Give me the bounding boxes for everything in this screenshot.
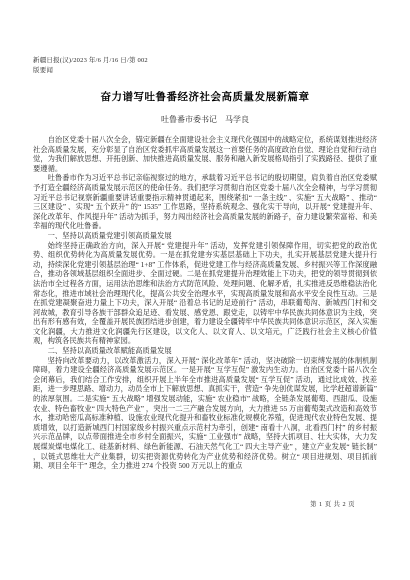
page-number-indicator: 第 1 页 共 2 页 xyxy=(310,499,355,508)
document-page: 新疆日报(汉)/2023 年/6 月/16 日/第 002 版要闻 奋力谱写吐鲁… xyxy=(0,0,410,580)
article-paragraph: 吐鲁番市作为习近平总书记亲临视察过的地方，承载着习近平总书记的殷切期望，肩负着自… xyxy=(33,173,377,231)
section-heading-1: 一、坚持以高质量党建引领高质量发展 xyxy=(33,231,377,241)
newspaper-meta: 新疆日报(汉)/2023 年/6 月/16 日/第 002 版要闻 xyxy=(33,56,377,76)
article-paragraph: 始终坚持正确政治方向，深入开展“ 党建提升年” 活动，发挥党建引领保障作用，切实… xyxy=(33,241,377,347)
article-paragraph: 自治区党委十届八次全会，锚定新疆在全面建设社会主义现代化强国中的战略定位，系统谋… xyxy=(33,135,377,173)
document-content: 新疆日报(汉)/2023 年/6 月/16 日/第 002 版要闻 奋力谱写吐鲁… xyxy=(0,0,410,471)
article-title: 奋力谱写吐鲁番经济社会高质量发展新篇章 xyxy=(33,89,377,104)
section-heading-2: 二、坚持以高质量改革赋能高质量发展 xyxy=(33,346,377,356)
article-byline: 吐鲁番市委书记 马学良 xyxy=(33,114,377,125)
article-body: 自治区党委十届八次全会，锚定新疆在全面建设社会主义现代化强国中的战略定位，系统谋… xyxy=(33,135,377,471)
article-paragraph: 坚持向改革要动力，以改革激活力，深入开展“ 深化改革年” 活动，坚决破除一切束缚… xyxy=(33,356,377,471)
newspaper-meta-line1: 新疆日报(汉)/2023 年/6 月/16 日/第 002 xyxy=(33,56,377,66)
newspaper-meta-line2: 版要闻 xyxy=(33,66,377,76)
